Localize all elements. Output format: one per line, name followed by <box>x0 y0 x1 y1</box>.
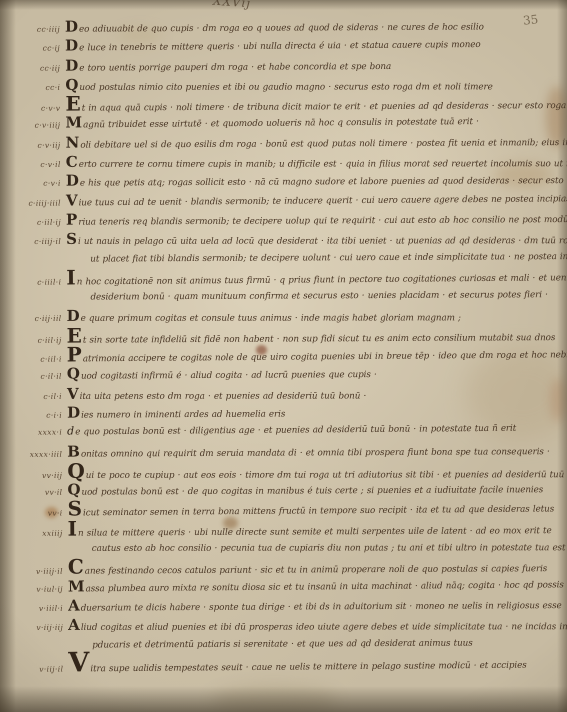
line-text: n hoc cogitationē non sit animus tuus fi… <box>77 273 567 287</box>
line-initial: B <box>67 447 80 455</box>
line-ref-numeral: c·v·il <box>5 160 66 169</box>
line-ref-numeral: cc·iij <box>4 63 65 72</box>
line-initial: I <box>68 524 77 532</box>
line-initial: D <box>65 23 78 31</box>
line-initial: A <box>68 602 80 610</box>
line-ref-numeral: c·i·i <box>6 411 67 420</box>
manuscript-line: c·v·ilCerto currere te cornu timere cupi… <box>5 157 567 177</box>
line-initial: M <box>65 119 82 127</box>
line-text: riua teneris req blandis sermonib; te de… <box>78 215 567 228</box>
manuscript-line: c·iil·ijPriua teneris req blandis sermon… <box>5 213 567 235</box>
manuscript-page: XXVij 35 cc·iiijDeo adiuuabit de quo cup… <box>0 0 567 712</box>
line-ref-numeral: c·v·iij <box>5 140 66 149</box>
line-ref-numeral: cc·i <box>4 83 65 92</box>
line-ref-numeral: c·iil·i <box>6 355 67 365</box>
line-text: i ut nauis in pelago cū uita uela ad loc… <box>78 236 567 247</box>
line-text: uod postulas nimio cito puenies et ibi o… <box>79 82 492 93</box>
line-text: atrimonia accipere te cogitas nole de qu… <box>83 350 567 364</box>
line-initial: N <box>66 138 80 146</box>
line-ref-numeral: c·iiil·i <box>5 277 66 287</box>
line-initial: S <box>66 235 77 243</box>
line-initial: D <box>67 409 80 417</box>
manuscript-line: cautus esto ab hoc consilio · pecunia tu… <box>7 543 567 563</box>
line-text: assa plumbea auro mixta re sonitu diosa … <box>86 580 564 594</box>
line-text: uod postulas bonū est · de quo cogitas i… <box>82 485 544 497</box>
line-initial: V <box>66 196 78 204</box>
line-initial: d <box>67 428 74 436</box>
manuscript-line: vv·iSicut seminator semen in terra bona … <box>6 501 567 525</box>
line-text: n silua te mittere queris · ubi nulle di… <box>78 526 552 538</box>
manuscript-line: c·iiil·iIn hoc cogitationē non sit animu… <box>5 269 567 293</box>
line-initial: D <box>65 42 78 50</box>
line-initial: Q <box>67 370 80 378</box>
line-text: ita uita petens esto dm roga · et puenie… <box>80 391 367 401</box>
line-ref-numeral: c·iiij·il <box>5 237 66 246</box>
text-block: cc·iiijDeo adiuuabit de quo cupis · dm r… <box>4 20 567 679</box>
line-initial: Q <box>65 81 78 89</box>
line-ref-numeral: cc·ij <box>4 44 65 54</box>
line-text: onitas omnino qui requirit dm seruia man… <box>81 447 550 459</box>
line-initial: Q <box>67 486 80 494</box>
line-ref-numeral: v·iij·il <box>7 664 68 674</box>
manuscript-line: desiderium bonū · quam munituum confirma… <box>5 290 567 312</box>
line-ref-numeral: c·v·i <box>5 179 66 188</box>
line-text: t in aqua quā cupis · noli timere · de t… <box>82 101 567 114</box>
manuscript-line: cc·iijDe toro uentis porrige pauperi dm … <box>4 59 567 81</box>
line-text: ui te poco te cupiup · aut eos eois · ti… <box>86 470 564 481</box>
manuscript-line: xxiiijIn silua te mittere queris · ubi n… <box>7 522 567 544</box>
manuscript-line: c·iiij·iiilViue tuus cui ad te uenit · b… <box>5 192 567 216</box>
line-text: e his que petis atq; rogas sollicit esto… <box>80 176 567 189</box>
manuscript-line: c·iiij·ilSi ut nauis in pelago cū uita u… <box>5 234 567 254</box>
manuscript-line: c·v·iijNoli debitare uel si de quo esili… <box>5 136 567 158</box>
line-ref-numeral: c·il·i <box>6 392 67 401</box>
line-ref-numeral: xxiiij <box>7 528 68 537</box>
manuscript-line: xxxx·ide quo postulas bonū est · diligen… <box>6 424 567 448</box>
line-initial: C <box>66 158 78 166</box>
line-ref-numeral: c·iil·ij <box>6 335 67 344</box>
line-initial: S <box>67 505 82 513</box>
line-text: eo adiuuabit de quo cupis · dm roga eo q… <box>79 22 484 34</box>
line-initial: D <box>67 312 80 320</box>
line-ref-numeral: vv·il <box>6 488 67 497</box>
line-initial: P <box>67 350 82 358</box>
line-initial: P <box>66 216 77 224</box>
line-text: e luce in tenebris te mittere queris · u… <box>79 40 480 53</box>
line-ref-numeral: c·v·iiij <box>4 121 65 131</box>
line-text: e quo postulas bonū est · diligentius ag… <box>75 424 516 438</box>
line-initial: V <box>68 659 89 667</box>
manuscript-line: v·iul·ijMassa plumbea auro mixta re soni… <box>7 578 567 602</box>
manuscript-line: v·iij·ilVitra supe ualidis tempestates s… <box>7 655 567 679</box>
manuscript-line: c·iij·iilDe quare primum cogitas et cons… <box>6 312 567 332</box>
line-ref-numeral: vv·i <box>7 509 68 519</box>
manuscript-line: v·iij·iijAliud cogitas et aliud puenies … <box>7 620 567 640</box>
line-text: duersarium te dicis habere · sponte tua … <box>81 601 562 614</box>
line-text: t sin sorte tate infideliū sit fidē non … <box>83 333 555 345</box>
line-text: ies numero in iminenti ardes ad huemelia… <box>81 409 285 420</box>
line-initial: C <box>68 563 84 571</box>
line-ref-numeral: c·iil·ij <box>5 218 66 227</box>
line-ref-numeral: cc·iiij <box>4 25 65 34</box>
manuscript-line: xxxx·iiilBonitas omnino qui requirit dm … <box>6 445 567 467</box>
line-ref-numeral: v·iiij·il <box>7 567 68 576</box>
manuscript-line: c·il·ilQuod cogitasti infirmū é · aliud … <box>6 367 567 389</box>
manuscript-line: c·il·iVita uita petens esto dm roga · et… <box>6 389 567 409</box>
line-text: cautus esto ab hoc consilio · pecunia tu… <box>92 543 567 554</box>
line-ref-numeral: c·iij·iil <box>6 314 67 323</box>
line-text: anes festinando cecos catulos pariunt · … <box>85 564 547 576</box>
line-ref-numeral: v·iiil·i <box>7 604 68 613</box>
line-ref-numeral: xxxx·iiil <box>6 449 67 458</box>
manuscript-line: c·v·iiijMagnū tribuidet esse uirtutē · e… <box>4 115 567 139</box>
line-initial: E <box>67 331 82 339</box>
line-ref-numeral: c·il·il <box>6 372 67 381</box>
line-text: iue tuus cui ad te uenit · blandis sermo… <box>79 194 567 209</box>
line-initial: I <box>66 273 75 281</box>
line-ref-numeral: xxxx·i <box>6 428 67 438</box>
line-initial: E <box>65 100 80 108</box>
line-text: erto currere te cornu timere cupis in ma… <box>79 159 567 170</box>
line-text: e quare primum cogitas et consule tuus a… <box>81 314 461 325</box>
line-initial: V <box>67 390 79 398</box>
line-ref-numeral: c·iiij·iiil <box>5 198 66 208</box>
line-text: liud cogitas et aliud puenies et ibi dū … <box>81 622 567 633</box>
quire-signature: XXVij <box>213 0 252 10</box>
line-ref-numeral: vv·iij <box>6 471 67 480</box>
manuscript-line: vv·iijQui te poco te cupiup · aut eos eo… <box>6 466 567 486</box>
line-initial: D <box>65 61 78 69</box>
line-ref-numeral: v·iij·iij <box>7 623 68 632</box>
line-initial: M <box>68 582 85 590</box>
manuscript-line: cc·ijDe luce in tenebris te mittere quer… <box>4 38 567 62</box>
line-ref-numeral: v·iul·ij <box>7 584 68 594</box>
line-ref-numeral: c·v·v <box>4 104 65 113</box>
line-initial: A <box>68 621 80 629</box>
manuscript-line: v·iiil·iAduersarium te dicis habere · sp… <box>7 599 567 621</box>
line-initial: Q <box>67 467 84 475</box>
line-text: icut seminator semen in terra bona mitte… <box>83 505 554 519</box>
manuscript-line: c·iil·iPatrimonia accipere te cogitas no… <box>6 346 567 370</box>
manuscript-line: cc·iQuod postulas nimio cito puenies et … <box>4 80 567 100</box>
line-initial: D <box>66 177 79 185</box>
line-text: agnū tribuidet esse uirtutē · et quomodo… <box>83 118 479 131</box>
line-text: oli debitare uel si de quo esilis dm rog… <box>80 138 567 151</box>
line-text: itra supe ualidis tempestates seuit · ca… <box>90 660 526 674</box>
line-text: uod cogitasti infirmū é · aliud cogita ·… <box>81 370 377 382</box>
parchment-stain <box>212 686 337 712</box>
line-text: desiderium bonū · quam munituum confirma… <box>90 290 547 302</box>
line-text: e toro uentis porrige pauperi dm roga · … <box>79 62 391 74</box>
